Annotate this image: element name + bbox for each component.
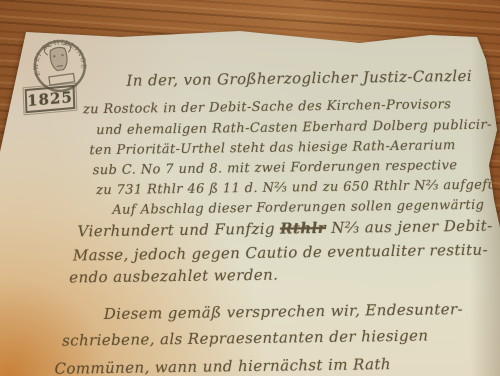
line-text: N⅔ aus jener Debit- [326,217,493,237]
line-text: endo ausbezahlet werden. [69,266,278,287]
line-text: Commünen, wann und hiernächst im Rath [54,355,391,376]
line-text: zu Rostock in der Debit-Sache des Kirche… [83,97,452,117]
manuscript-line: zu Rostock in der Debit-Sache des Kirche… [83,97,452,117]
manuscript-line: Masse, jedoch gegen Cautio de eventualit… [73,241,488,265]
handwritten-text: In der, von Großherzoglicher Justiz-Canz… [0,0,500,376]
manuscript-line: ten Priorität-Urthel steht das hiesige R… [89,138,455,158]
line-text: und ehemaligen Rath-Casten Eberhard Dolb… [96,118,492,139]
manuscript-line: In der, von Großherzoglicher Justiz-Canz… [126,67,472,90]
line-text: Diesem gemäß versprechen wir, Endesunter… [104,300,464,323]
document-paper: ZWEI SCHILLINGE 1825 In der, von Großh [0,0,500,376]
line-text: ten Priorität-Urthel steht das hiesige R… [89,138,455,158]
line-text: Vierhundert und Funfzig [77,220,280,241]
line-text: schriebene, als Repraesentanten der hies… [62,327,429,350]
manuscript-line: schriebene, als Repraesentanten der hies… [62,327,429,350]
struck-word: Rthlr [280,219,326,238]
line-text: In der, von Großherzoglicher Justiz-Canz… [126,67,472,90]
manuscript-line: und ehemaligen Rath-Casten Eberhard Dolb… [96,118,492,139]
manuscript-line: zu 731 Rthlr 46 ß 11 d. N⅔ und zu 650 Rt… [96,177,500,198]
manuscript-line: endo ausbezahlet werden. [69,266,278,287]
manuscript-line: Auf Abschlag dieser Forderungen sollen g… [112,198,484,218]
manuscript-line: Commünen, wann und hiernächst im Rath [54,355,391,376]
manuscript-line: Vierhundert und Funfzig Rthlr N⅔ aus jen… [77,217,492,241]
line-text: sub C. No 7 und 8. mit zwei Forderungen … [93,158,458,178]
line-text: Auf Abschlag dieser Forderungen sollen g… [112,198,484,218]
paper-sheet: ZWEI SCHILLINGE 1825 In der, von Großh [0,0,500,376]
manuscript-line: sub C. No 7 und 8. mit zwei Forderungen … [93,158,458,178]
line-text: Masse, jedoch gegen Cautio de eventualit… [73,241,488,265]
line-text: zu 731 Rthlr 46 ß 11 d. N⅔ und zu 650 Rt… [96,177,500,198]
manuscript-line: Diesem gemäß versprechen wir, Endesunter… [104,300,464,323]
